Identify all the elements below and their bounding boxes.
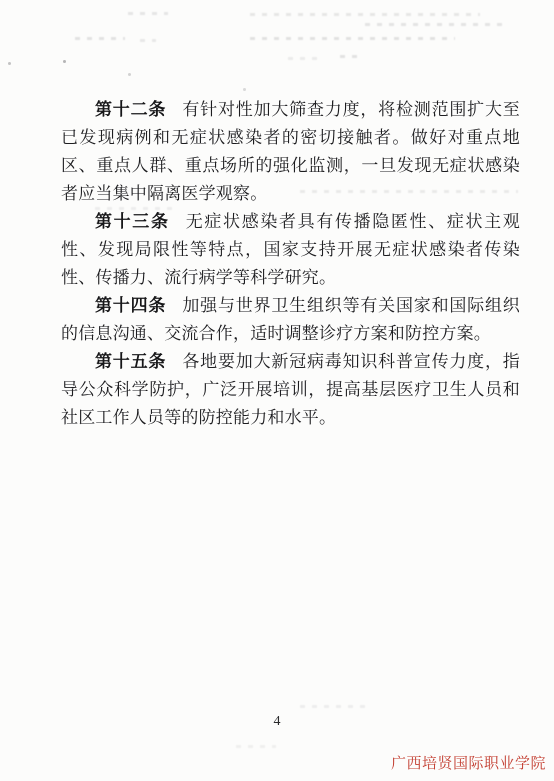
scan-dot [63, 60, 66, 63]
scan-dot [8, 62, 11, 65]
scan-smudge [365, 23, 505, 26]
scan-smudge [128, 12, 168, 15]
scan-smudge [140, 39, 156, 42]
article-13-number: 第十三条 [95, 212, 170, 231]
scan-smudge [75, 37, 125, 40]
scanned-document-page: 第十二条有针对性加大筛查力度，将检测范围扩大至已发现病例和无症状感染者的密切接触… [0, 0, 554, 781]
article-15-paragraph: 第十五条各地要加大新冠病毒知识科普宣传力度，指导公众科学防护，广泛开展培训，提高… [61, 348, 520, 432]
institution-stamp-text: 广西培贤国际职业学院 [391, 752, 546, 773]
scan-smudge [300, 705, 366, 708]
scan-smudge [340, 55, 364, 58]
scan-smudge [288, 57, 324, 60]
scan-smudge [250, 13, 480, 16]
page-number: 4 [0, 714, 554, 730]
scan-dot [243, 88, 246, 91]
article-14-number: 第十四条 [95, 296, 166, 315]
scan-smudge [250, 37, 455, 40]
article-12-paragraph: 第十二条有针对性加大筛查力度，将检测范围扩大至已发现病例和无症状感染者的密切接触… [61, 96, 520, 208]
article-14-paragraph: 第十四条加强与世界卫生组织等有关国家和国际组织的信息沟通、交流合作，适时调整诊疗… [61, 292, 520, 348]
scan-dot [128, 73, 131, 76]
document-body: 第十二条有针对性加大筛查力度，将检测范围扩大至已发现病例和无症状感染者的密切接触… [61, 96, 520, 432]
scan-smudge [236, 745, 276, 748]
article-15-number: 第十五条 [95, 352, 166, 371]
article-13-paragraph: 第十三条无症状感染者具有传播隐匿性、症状主观性、发现局限性等特点，国家支持开展无… [61, 208, 520, 292]
article-12-number: 第十二条 [95, 100, 166, 119]
